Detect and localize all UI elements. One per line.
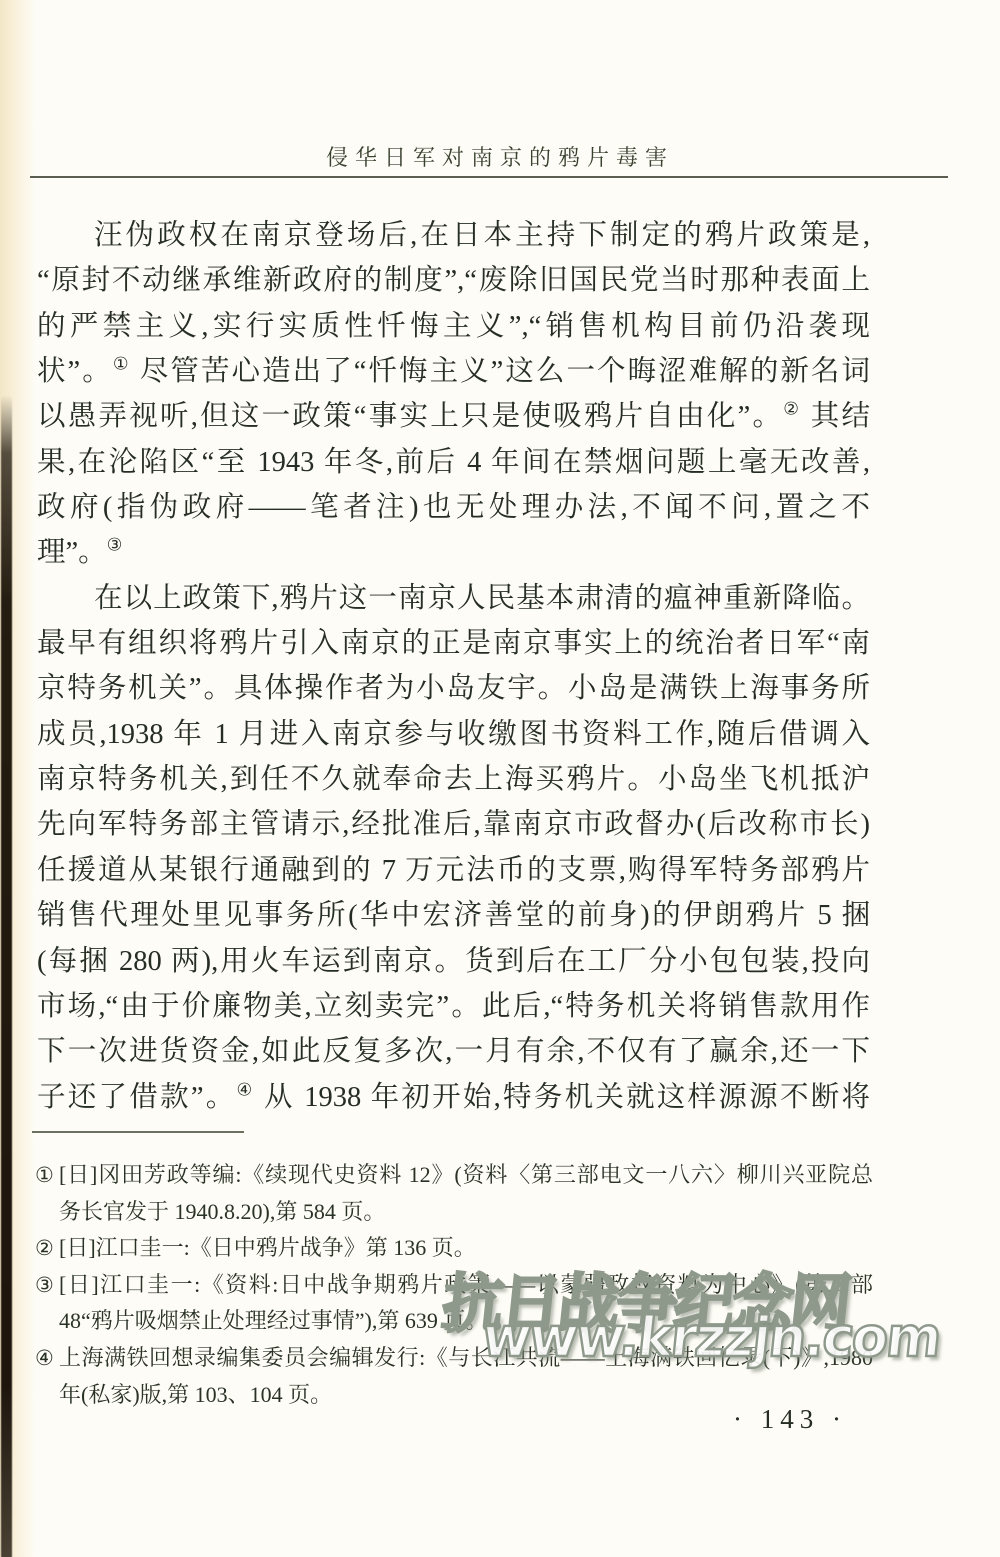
body-line: 以愚弄视听,但这一政策“事实上只是使吸鸦片自由化”。② 其结 [37,394,870,439]
body-line: (每捆 280 两),用火车运到南京。货到后在工厂分小包包装,投向 [37,939,870,984]
body-line: 最早有组织将鸦片引入南京的正是南京事实上的统治者日军“南 [37,621,870,666]
footnotes-section: ①[日]冈田芳政等编:《续现代史资料 12》(资料〈第三部电文一八六〉柳川兴亚院… [35,1157,873,1413]
footnote-line: [日]江口圭一:《日中鸦片战争》第 136 页。 [59,1230,873,1267]
body-line: 在以上政策下,鸦片这一南京人民基本肃清的瘟神重新降临。 [37,576,870,621]
book-spine-shadow [1,395,12,1557]
body-line: 汪伪政权在南京登场后,在日本主持下制定的鸦片政策是, [37,213,870,258]
footnote-marker: ③ [35,1267,59,1304]
footnote-text: [日]江口圭一:《日中鸦片战争》第 136 页。 [59,1230,873,1267]
body-line: 南京特务机关,到任不久就奉命去上海买鸦片。小岛坐飞机抵沪 [37,757,870,802]
footnote-line: [日]冈田芳政等编:《续现代史资料 12》(资料〈第三部电文一八六〉柳川兴亚院总 [59,1157,873,1194]
footnote: ①[日]冈田芳政等编:《续现代史资料 12》(资料〈第三部电文一八六〉柳川兴亚院… [35,1157,873,1230]
footnote-line: 48“鸦片吸烟禁止处理经过事情”),第 639 页。 [59,1303,873,1340]
footnote-line: 上海满铁回想录编集委员会编辑发行:《与长江共流——上海满铁回忆录(下)》,198… [59,1340,873,1377]
footnote-marker: ② [35,1230,59,1267]
footnote-ref: ③ [107,535,123,555]
body-line: 市场,“由于价廉物美,立刻卖完”。此后,“特务机关将销售款用作 [37,984,870,1029]
footnote-text: [日]冈田芳政等编:《续现代史资料 12》(资料〈第三部电文一八六〉柳川兴亚院总… [59,1157,873,1230]
footnote-text: 上海满铁回想录编集委员会编辑发行:《与长江共流——上海满铁回忆录(下)》,198… [59,1340,873,1413]
footnote-separator-rule [32,1131,244,1133]
footnote-line: 务长官发于 1940.8.20),第 584 页。 [59,1194,873,1231]
footnote-ref: ② [783,399,801,419]
body-line: 京特务机关”。具体操作者为小岛友宇。小岛是满铁上海事务所 [37,666,870,711]
header-rule [30,176,948,178]
footnote-ref: ① [113,354,131,374]
running-head-title: 侵华日军对南京的鸦片毒害 [0,141,1000,172]
footnote: ④上海满铁回想录编集委员会编辑发行:《与长江共流——上海满铁回忆录(下)》,19… [35,1340,873,1413]
body-line: 下一次进货资金,如此反复多次,一月有余,不仅有了赢余,还一下 [37,1029,870,1074]
footnote-marker: ① [35,1157,59,1194]
body-line: 销售代理处里见事务所(华中宏济善堂的前身)的伊朗鸦片 5 捆 [37,893,870,938]
footnote-line: [日]江口圭一:《资料:日中战争期鸦片政策——以蒙疆政权资料为中心》(第二部 [59,1267,873,1304]
body-line: 理”。③ [37,530,870,575]
body-line: 子还了借款”。④ 从 1938 年初开始,特务机关就这样源源不断将 [37,1075,870,1120]
body-line: 的严禁主义,实行实质性忏悔主义”,“销售机构目前仍沿袭现 [37,304,870,349]
body-text: 汪伪政权在南京登场后,在日本主持下制定的鸦片政策是,“原封不动继承维新政府的制度… [37,213,870,1120]
footnote-text: [日]江口圭一:《资料:日中战争期鸦片政策——以蒙疆政权资料为中心》(第二部48… [59,1267,873,1340]
body-line: 任援道从某银行通融到的 7 万元法币的支票,购得军特务部鸦片 [37,848,870,893]
body-line: “原封不动继承维新政府的制度”,“废除旧国民党当时那种表面上 [37,258,870,303]
body-line: 状”。① 尽管苦心造出了“忏悔主义”这么一个晦涩难解的新名词 [37,349,870,394]
body-line: 政府(指伪政府——笔者注)也无处理办法,不闻不问,置之不 [37,485,870,530]
body-line: 果,在沦陷区“至 1943 年冬,前后 4 年间在禁烟问题上毫无改善, [37,440,870,485]
footnote-marker: ④ [35,1340,59,1377]
body-line: 成员,1938 年 1 月进入南京参与收缴图书资料工作,随后借调入 [37,712,870,757]
page-number: · 143 · [0,1404,1000,1435]
scanned-book-page: { "page": { "header": { "title": "侵华日军对南… [0,0,1000,1557]
body-line: 先向军特务部主管请示,经批准后,靠南京市政督办(后改称市长) [37,802,870,847]
footnote: ②[日]江口圭一:《日中鸦片战争》第 136 页。 [35,1230,873,1267]
footnote-ref: ④ [237,1079,255,1099]
footnote: ③[日]江口圭一:《资料:日中战争期鸦片政策——以蒙疆政权资料为中心》(第二部4… [35,1267,873,1340]
